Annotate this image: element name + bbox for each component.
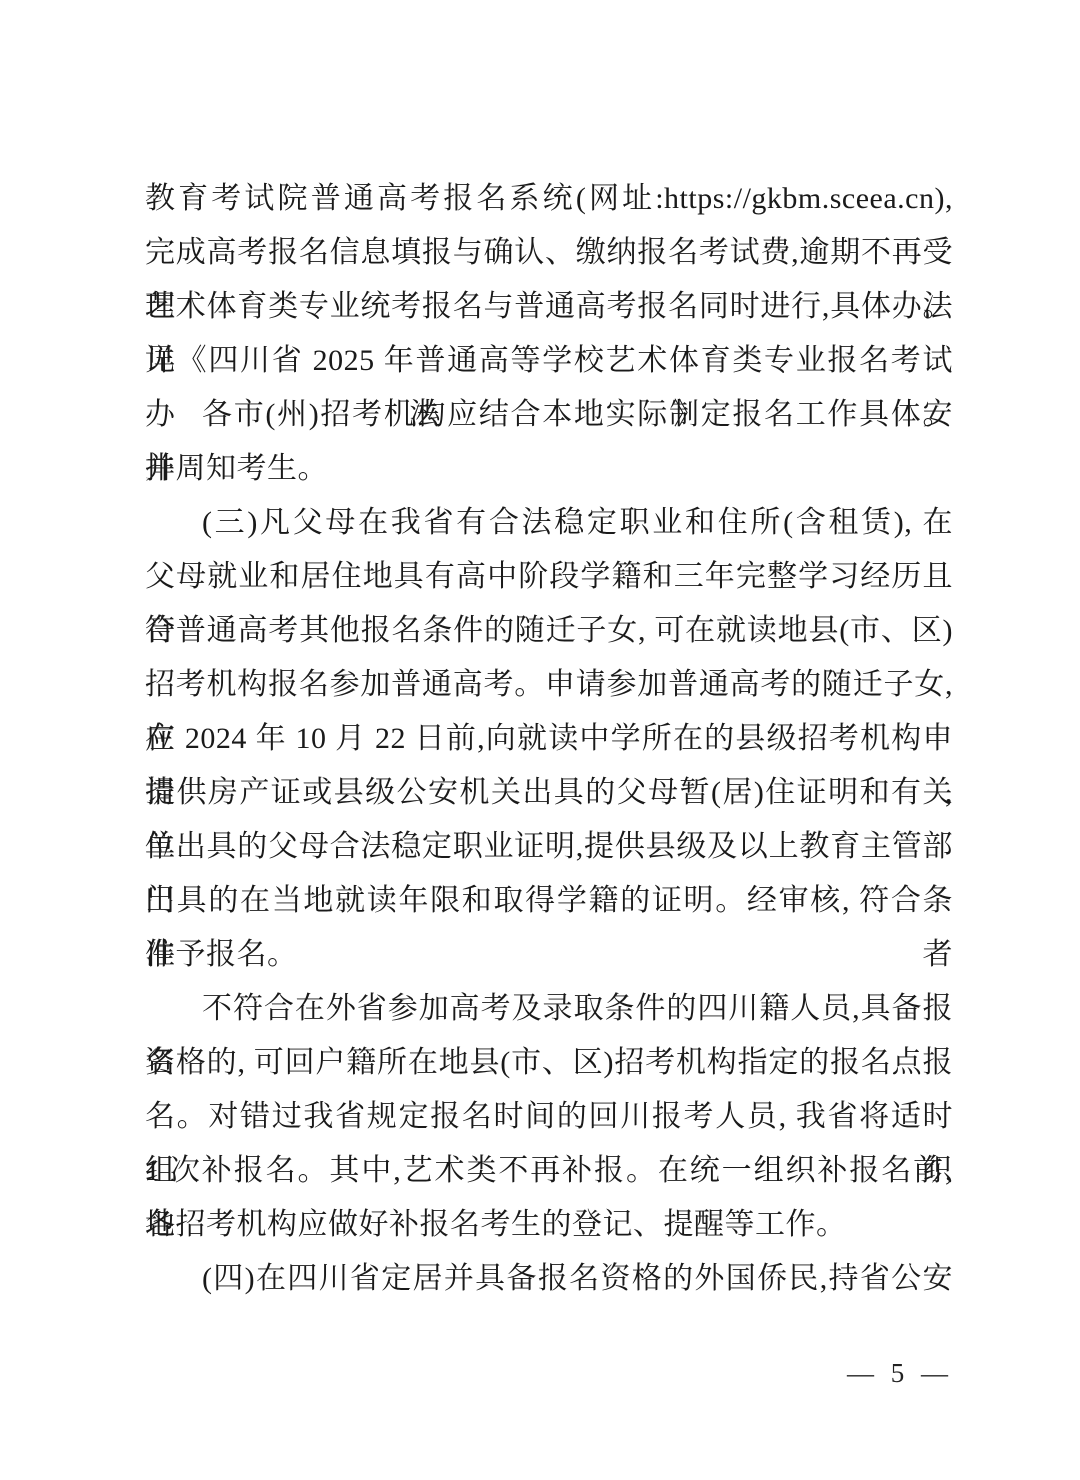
- text-line: 名。对错过我省规定报名时间的回川报考人员, 我省将适时组织: [145, 1090, 953, 1144]
- text-line: 位出具的父母合法稳定职业证明,提供县级及以上教育主管部门: [145, 820, 953, 874]
- text-line: 合普通高考其他报名条件的随迁子女, 可在就读地县(市、区): [145, 604, 953, 658]
- text-line: 艺术体育类专业统考报名与普通高考报名同时进行,具体办法详: [145, 280, 953, 334]
- text-line: 1 次补报名。其中,艺术类不再补报。在统一组织补报名前, 各: [145, 1144, 953, 1198]
- text-line: 在 2024 年 10 月 22 日前,向就读中学所在的县级招考机构申请,: [145, 712, 953, 766]
- text-line: 地招考机构应做好补报名考生的登记、提醒等工作。: [145, 1198, 953, 1252]
- text-line: 各市(州)招考机构应结合本地实际制定报名工作具体安排: [145, 388, 953, 442]
- text-line: (三)凡父母在我省有合法稳定职业和住所(含租赁), 在: [145, 496, 953, 550]
- text-line: 并周知考生。: [145, 442, 953, 496]
- text-line: 父母就业和居住地具有高中阶段学籍和三年完整学习经历且符: [145, 550, 953, 604]
- text-line: (四)在四川省定居并具备报名资格的外国侨民,持省公安: [145, 1252, 953, 1306]
- text-line: 资格的, 可回户籍所在地县(市、区)招考机构指定的报名点报: [145, 1036, 953, 1090]
- text-line: 完成高考报名信息填报与确认、缴纳报名考试费,逾期不再受理。: [145, 226, 953, 280]
- page-number: — 5 —: [653, 1356, 953, 1390]
- document-body: 教育考试院普通高考报名系统(网址:https://gkbm.sceea.cn),…: [145, 172, 953, 1306]
- text-line: 见《四川省 2025 年普通高等学校艺术体育类专业报名考试办法》。: [145, 334, 953, 388]
- text-line: 提供房产证或县级公安机关出具的父母暂(居)住证明和有关单: [145, 766, 953, 820]
- text-line: 教育考试院普通高考报名系统(网址:https://gkbm.sceea.cn),: [145, 172, 953, 226]
- text-line: 招考机构报名参加普通高考。申请参加普通高考的随迁子女,应: [145, 658, 953, 712]
- text-line: 不符合在外省参加高考及录取条件的四川籍人员,具备报名: [145, 982, 953, 1036]
- text-line: 出具的在当地就读年限和取得学籍的证明。经审核, 符合条件者: [145, 874, 953, 928]
- document-page: 教育考试院普通高考报名系统(网址:https://gkbm.sceea.cn),…: [0, 0, 1080, 1480]
